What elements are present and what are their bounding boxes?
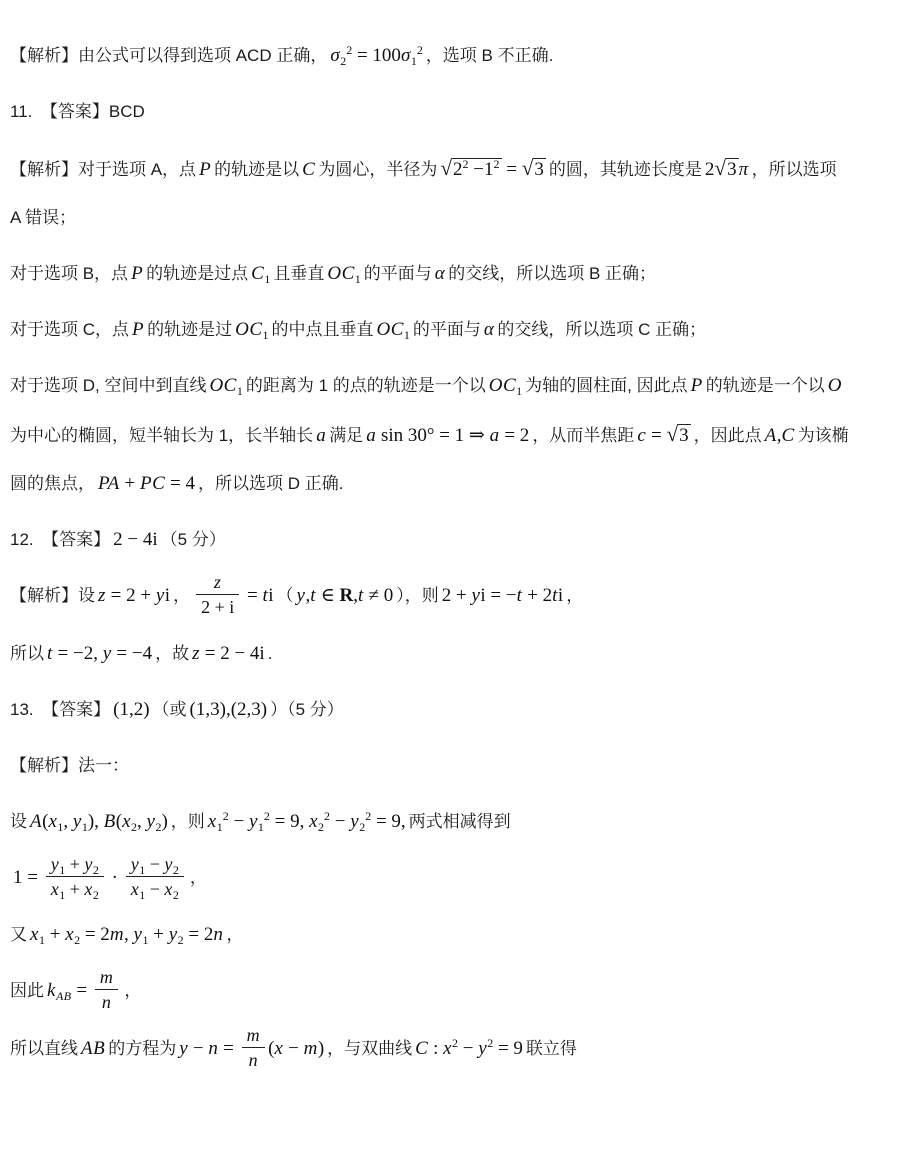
math-expression: P: [199, 159, 211, 180]
math-expression: √22 −12 = √3: [440, 159, 546, 180]
fraction-numerator: m: [95, 965, 119, 989]
math-expression: P: [131, 263, 143, 284]
fraction-numerator: m: [242, 1023, 266, 1047]
fraction: y1 + y2x1 + x2: [46, 852, 104, 902]
q13-analysis-setup: 设A(x1, y1), B(x2, y2)，则x12 − y12 = 9, x2…: [10, 798, 886, 846]
math-expression: P: [132, 319, 144, 340]
fraction: z2 + i: [196, 570, 239, 620]
fraction-denominator: 2 + i: [196, 594, 239, 619]
math-expression: α: [484, 319, 494, 340]
math-expression: 2√3π: [705, 159, 749, 180]
math-expression: x1 + x2 = 2m, y1 + y2 = 2n: [30, 924, 223, 945]
fraction-numerator: z: [196, 570, 239, 594]
math-expression: (1,2): [113, 699, 149, 720]
q11-analysis-option-a-cont: A 错误；: [10, 194, 886, 242]
math-expression: kAB = mn: [47, 980, 121, 1001]
math-expression: O: [828, 375, 842, 396]
q13-analysis-slope-equation: 1 = y1 + y2x1 + x2 · y1 − y2x1 − x2，: [10, 854, 886, 904]
q11-analysis-option-d-line3: 圆的焦点，PA + PC = 4，所以选项 D 正确.: [10, 460, 886, 508]
q12-analysis-line2: 所以t = −2, y = −4，故z = 2 − 4i.: [10, 630, 886, 678]
q13-analysis-method1: 【解析】法一：: [10, 742, 886, 790]
math-expression: OC1: [489, 375, 522, 396]
q11-analysis-option-b: 对于选项 B，点P的轨迹是过点C1且垂直OC1的平面与α的交线，所以选项 B 正…: [10, 250, 886, 298]
radicand: 3: [533, 158, 546, 180]
math-expression: 2 − 4i: [113, 529, 158, 550]
math-expression: σ22 = 100σ12: [330, 45, 422, 66]
document-body: 【解析】由公式可以得到选项 ACD 正确，σ22 = 100σ12，选项 B 不…: [0, 0, 900, 1074]
math-expression: OC1: [377, 319, 410, 340]
math-expression: 2 + yi = −t + 2ti: [442, 585, 563, 606]
math-expression: 1 = y1 + y2x1 + x2 · y1 − y2x1 − x2: [13, 867, 187, 888]
fraction: mn: [95, 965, 119, 1015]
q10-analysis: 【解析】由公式可以得到选项 ACD 正确，σ22 = 100σ12，选项 B 不…: [10, 32, 886, 80]
math-expression: z = 2 + yi: [98, 585, 170, 606]
fraction-denominator: x1 + x2: [46, 876, 104, 901]
sqrt-radical: √22 −12: [440, 159, 501, 180]
q12-analysis-line1: 【解析】设z = 2 + yi，z2 + i = ti（y,t ∈ R,t ≠ …: [10, 572, 886, 622]
math-expression: t = −2, y = −4: [47, 643, 152, 664]
math-expression: C: [302, 159, 315, 180]
document-page: 【解析】由公式可以得到选项 ACD 正确，σ22 = 100σ12，选项 B 不…: [0, 0, 900, 1074]
q13-answer: 13. 【答案】(1,2)（或(1,3),(2,3)）（5 分）: [10, 686, 886, 734]
math-expression: y,t ∈ R,t ≠ 0: [297, 585, 394, 606]
radical-sign-icon: √: [666, 422, 678, 446]
q13-analysis-line-ab: 所以直线AB的方程为y − n = mn(x − m)，与双曲线C : x2 −…: [10, 1025, 886, 1075]
q12-answer: 12. 【答案】2 − 4i（5 分）: [10, 516, 886, 564]
math-expression: OC1: [235, 319, 268, 340]
q11-analysis-option-a: 【解析】对于选项 A，点P的轨迹是以C为圆心，半径为√22 −12 = √3的圆…: [10, 144, 886, 194]
math-expression: a sin 30° = 1 ⇒ a = 2: [366, 425, 529, 446]
q11-analysis-option-d-line2: 为中心的椭圆，短半轴长为 1，长半轴长a满足a sin 30° = 1 ⇒ a …: [10, 410, 886, 460]
q11-analysis-option-d-line1: 对于选项 D, 空间中到直线OC1的距离为 1 的点的轨迹是一个以OC1为轴的圆…: [10, 362, 886, 410]
math-expression: PA + PC = 4: [98, 473, 195, 494]
q13-analysis-kab: 因此kAB = mn，: [10, 967, 886, 1017]
math-expression: C1: [251, 263, 270, 284]
radicand: 3: [726, 158, 739, 180]
sqrt-radical: √3: [666, 425, 690, 446]
radicand: 22 −12: [452, 158, 501, 180]
math-expression: OC1: [327, 263, 360, 284]
fraction-denominator: n: [95, 989, 119, 1014]
math-expression: a: [316, 425, 326, 446]
math-expression: c = √3: [637, 425, 690, 446]
radical-sign-icon: √: [714, 156, 726, 180]
math-expression: A(x1, y1), B(x2, y2): [30, 811, 168, 832]
radicand: 3: [678, 424, 691, 446]
fraction: y1 − y2x1 − x2: [126, 852, 184, 902]
math-expression: z2 + i = ti: [193, 585, 273, 606]
sqrt-radical: √3: [522, 159, 546, 180]
math-expression: y − n = mn(x − m): [179, 1038, 324, 1059]
math-expression: C : x2 − y2 = 9: [415, 1038, 523, 1059]
q11-answer: 11. 【答案】BCD: [10, 88, 886, 136]
radical-sign-icon: √: [522, 156, 534, 180]
fraction-numerator: y1 + y2: [46, 852, 104, 876]
radical-sign-icon: √: [440, 156, 452, 180]
fraction-denominator: x1 − x2: [126, 876, 184, 901]
math-expression: OC1: [209, 375, 242, 396]
math-expression: z = 2 − 4i: [192, 643, 265, 664]
math-expression: AB: [81, 1038, 105, 1059]
q11-analysis-option-c: 对于选项 C，点P的轨迹是过OC1的中点且垂直OC1的平面与α的交线，所以选项 …: [10, 306, 886, 354]
fraction: mn: [242, 1023, 266, 1073]
sqrt-radical: √3: [714, 159, 738, 180]
q13-analysis-midpoint: 又x1 + x2 = 2m, y1 + y2 = 2n，: [10, 911, 886, 959]
math-expression: A,C: [765, 425, 795, 446]
math-expression: P: [691, 375, 703, 396]
math-expression: x12 − y12 = 9, x22 − y22 = 9,: [208, 811, 406, 832]
fraction-denominator: n: [242, 1047, 266, 1072]
math-expression: (1,3),(2,3): [190, 699, 268, 720]
fraction-numerator: y1 − y2: [126, 852, 184, 876]
math-expression: α: [435, 263, 445, 284]
